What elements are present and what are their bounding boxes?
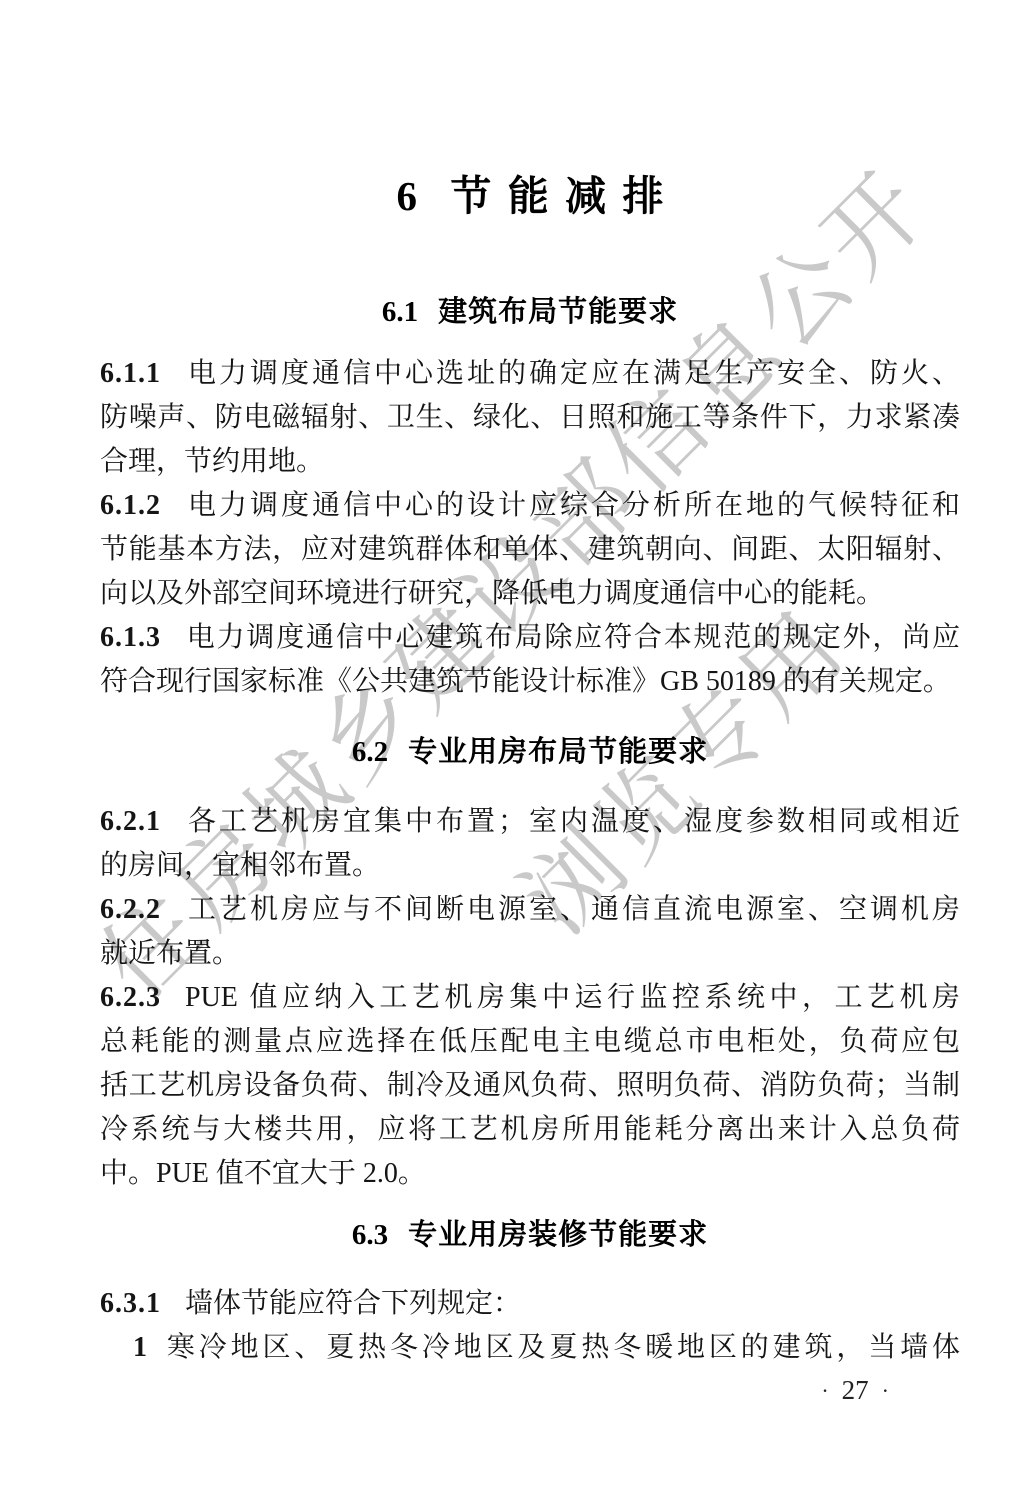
chapter-number: 6 [396, 173, 417, 219]
clause-text: 防噪声、防电磁辐射、卫生、绿化、日照和施工等条件下，力求紧凑 [100, 402, 960, 433]
clause-line: 防噪声、防电磁辐射、卫生、绿化、日照和施工等条件下，力求紧凑 [100, 396, 960, 440]
clause-line: 合理，节约用地。 [100, 440, 960, 484]
clause-line: 6.2.2工艺机房应与不间断电源室、通信直流电源室、空调机房 [100, 888, 960, 932]
item-text: 寒冷地区、夏热冬冷地区及夏热冬暖地区的建筑，当墙体 [163, 1332, 960, 1363]
clause-line: 总耗能的测量点应选择在低压配电主电缆总市电柜处，负荷应包 [100, 1020, 960, 1064]
section-heading-text: 建筑布局节能要求 [438, 296, 678, 328]
clause-line: 就近布置。 [100, 932, 960, 976]
section-number: 6.2 [352, 736, 388, 768]
clause-line: 向以及外部空间环境进行研究，降低电力调度通信中心的能耗。 [100, 572, 960, 616]
clause-line: 括工艺机房设备负荷、制冷及通风负荷、照明负荷、消防负荷；当制 [100, 1064, 960, 1108]
clause-line: 节能基本方法，应对建筑群体和单体、建筑朝向、间距、太阳辐射、风 [100, 528, 960, 572]
clause-number: 6.2.3 [100, 982, 161, 1013]
clause-line: 的房间，宜相邻布置。 [100, 844, 960, 888]
footer-left-dot: · [821, 1378, 828, 1403]
clause-line: 6.3.1墙体节能应符合下列规定： [100, 1282, 960, 1326]
clause-line: 6.1.3电力调度通信中心建筑布局除应符合本规范的规定外，尚应 [100, 616, 960, 660]
clause-line: 冷系统与大楼共用，应将工艺机房所用能耗分离出来计入总负荷 [100, 1108, 960, 1152]
clause-number: 6.1.1 [100, 358, 161, 389]
clause-text: 电力调度通信中心建筑布局除应符合本规范的规定外，尚应 [185, 622, 960, 653]
document-body: 6.1建筑布局节能要求6.1.1电力调度通信中心选址的确定应在满足生产安全、防火… [100, 290, 960, 1370]
item-number: 1 [133, 1332, 148, 1363]
clause-number: 6.2.2 [100, 894, 161, 925]
clause-text: 向以及外部空间环境进行研究，降低电力调度通信中心的能耗。 [100, 578, 884, 609]
section-heading-text: 专业用房装修节能要求 [408, 1219, 708, 1251]
clause-number: 6.2.1 [100, 806, 161, 837]
section-number: 6.3 [352, 1219, 388, 1251]
clause-line: 6.2.1各工艺机房宜集中布置；室内温度、湿度参数相同或相近 [100, 800, 960, 844]
clause-number: 6.3.1 [100, 1288, 161, 1319]
clause-text: 合理，节约用地。 [100, 446, 324, 477]
section-heading-text: 专业用房布局节能要求 [408, 736, 708, 768]
section-heading-6.2: 6.2专业用房布局节能要求 [100, 730, 960, 774]
chapter-title-text: 节 能 减 排 [450, 173, 663, 219]
clause-line: 6.1.2电力调度通信中心的设计应综合分析所在地的气候特征和 [100, 484, 960, 528]
page-number: 27 [842, 1375, 869, 1405]
clause-line: 符合现行国家标准《公共建筑节能设计标准》GB 50189 的有关规定。 [100, 660, 960, 704]
clause-item-line: 1寒冷地区、夏热冬冷地区及夏热冬暖地区的建筑，当墙体 [100, 1326, 960, 1370]
clause-text: 墙体节能应符合下列规定： [185, 1288, 521, 1319]
clause-text: 电力调度通信中心的设计应综合分析所在地的气候特征和 [185, 490, 960, 521]
clause-text: 电力调度通信中心选址的确定应在满足生产安全、防火、 [185, 358, 960, 389]
clause-text: 括工艺机房设备负荷、制冷及通风负荷、照明负荷、消防负荷；当制 [100, 1070, 960, 1101]
clause-text: PUE 值应纳入工艺机房集中运行监控系统中，工艺机房 [185, 982, 960, 1013]
clause-text: 的房间，宜相邻布置。 [100, 850, 380, 881]
clause-text: 中。PUE 值不宜大于 2.0。 [100, 1158, 426, 1189]
clause-text: 各工艺机房宜集中布置；室内温度、湿度参数相同或相近 [185, 806, 960, 837]
section-heading-6.3: 6.3专业用房装修节能要求 [100, 1213, 960, 1257]
footer-right-dot: · [882, 1378, 889, 1403]
section-heading-6.1: 6.1建筑布局节能要求 [100, 290, 960, 334]
document-content: 6 节 能 减 排 6.1建筑布局节能要求6.1.1电力调度通信中心选址的确定应… [100, 0, 960, 1370]
clause-text: 符合现行国家标准《公共建筑节能设计标准》GB 50189 的有关规定。 [100, 666, 951, 697]
clause-text: 总耗能的测量点应选择在低压配电主电缆总市电柜处，负荷应包 [100, 1026, 960, 1057]
clause-text: 节能基本方法，应对建筑群体和单体、建筑朝向、间距、太阳辐射、风 [100, 534, 960, 572]
clause-number: 6.1.2 [100, 490, 161, 521]
clause-line: 6.1.1电力调度通信中心选址的确定应在满足生产安全、防火、 [100, 352, 960, 396]
clause-text: 冷系统与大楼共用，应将工艺机房所用能耗分离出来计入总负荷 [100, 1114, 960, 1145]
document-page: 住房城乡建设部信息公开 浏览专用 6 节 能 减 排 6.1建筑布局节能要求6.… [0, 0, 1023, 1496]
clause-line: 中。PUE 值不宜大于 2.0。 [100, 1152, 960, 1196]
clause-text: 工艺机房应与不间断电源室、通信直流电源室、空调机房 [185, 894, 960, 925]
page-footer: ·27· [100, 1368, 960, 1412]
clause-text: 就近布置。 [100, 938, 240, 969]
clause-number: 6.1.3 [100, 622, 161, 653]
clause-line: 6.2.3PUE 值应纳入工艺机房集中运行监控系统中，工艺机房 [100, 976, 960, 1020]
section-number: 6.1 [382, 296, 418, 328]
chapter-title: 6 节 能 减 排 [100, 172, 960, 220]
